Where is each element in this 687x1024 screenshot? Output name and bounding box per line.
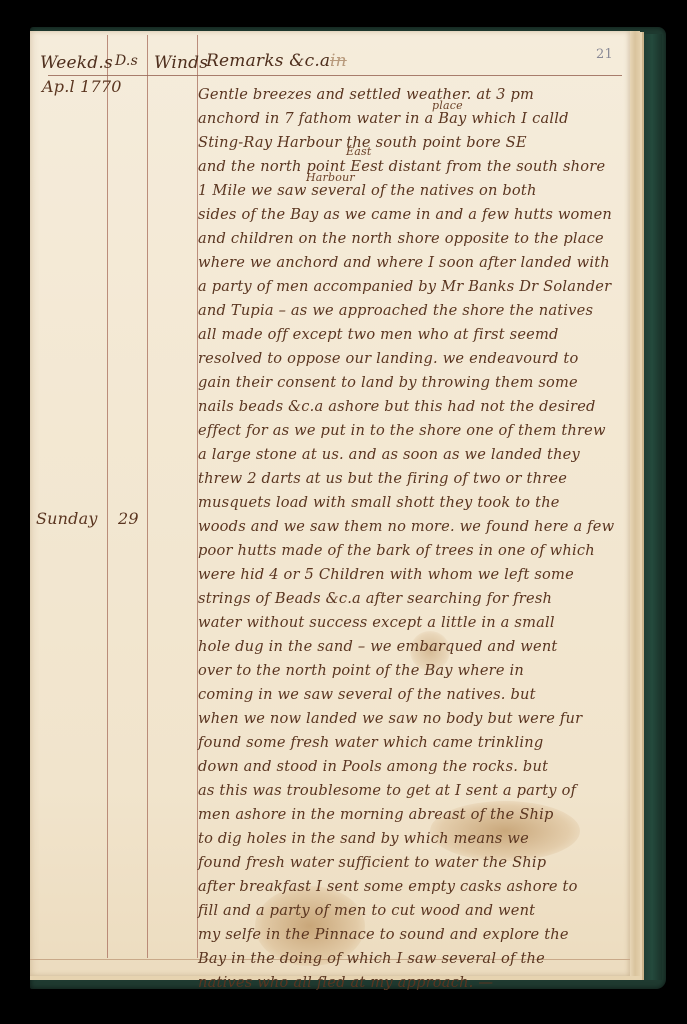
text-line: woods and we saw them no more. we found … [198, 518, 614, 535]
text-line: anchord in 7 fathom water in a Bay which… [198, 110, 569, 127]
header-remarks: Remarks &c.a [206, 51, 330, 71]
header-day: D.s [115, 53, 138, 69]
text-line: poor hutts made of the bark of trees in … [198, 542, 595, 559]
header-weekday: Weekd.s [40, 53, 113, 73]
page-number: 21 [596, 47, 613, 62]
text-line: over to the north point of the Bay where… [198, 662, 524, 679]
text-line: found fresh water sufficient to water th… [198, 854, 546, 871]
text-line: where we anchord and where I soon after … [198, 254, 610, 271]
text-line: threw 2 darts at us but the firing of tw… [198, 470, 567, 487]
text-line: a party of men accompanied by Mr Banks D… [198, 278, 611, 295]
text-line: 1 Mile we saw several of the natives on … [198, 182, 537, 199]
book-spine-edge [642, 34, 662, 980]
text-line: Gentle breezes and settled weather. at 3… [198, 86, 534, 103]
text-line: fill and a party of men to cut wood and … [198, 902, 535, 919]
text-line: as this was troublesome to get at I sent… [198, 782, 576, 799]
text-line: all made off except two men who at first… [198, 326, 559, 343]
text-line: to dig holes in the sand by which means … [198, 830, 529, 847]
column-rule-day [147, 35, 148, 958]
page-fold [630, 31, 640, 976]
text-line: found some fresh water which came trinkl… [198, 734, 543, 751]
text-line: when we now landed we saw no body but we… [198, 710, 582, 727]
text-line: after breakfast I sent some empty casks … [198, 878, 578, 895]
text-line: Bay in the doing of which I saw several … [198, 950, 545, 967]
text-line: a large stone at us. and as soon as we l… [198, 446, 580, 463]
text-line: resolved to oppose our landing. we endea… [198, 350, 578, 367]
margin-day-name: Sunday [36, 509, 98, 528]
text-line: strings of Beads &c.a after searching fo… [198, 590, 552, 607]
text-line: natives who all fled at my approach. — [198, 974, 493, 991]
text-line: coming in we saw several of the natives.… [198, 686, 536, 703]
text-line: Sting-Ray Harbour the south point bore S… [198, 134, 527, 151]
margin-day-number: 29 [118, 509, 139, 528]
header-winds: Winds [154, 53, 208, 73]
margin-month-year: Ap.l 1770 [42, 77, 122, 96]
text-line: and Tupia – as we approached the shore t… [198, 302, 593, 319]
text-line: musquets load with small shott they took… [198, 494, 560, 511]
text-line: were hid 4 or 5 Children with whom we le… [198, 566, 574, 583]
text-line: hole dug in the sand – we embarqued and … [198, 638, 558, 655]
header-remarks-suffix: in [330, 51, 347, 71]
text-line: gain their consent to land by throwing t… [198, 374, 578, 391]
column-rule-weekday [107, 35, 108, 958]
text-line: and the north point Eest distant from th… [198, 158, 605, 175]
text-line: and children on the north shore opposite… [198, 230, 604, 247]
text-line: sides of the Bay as we came in and a few… [198, 206, 612, 223]
text-line: water without success except a little in… [198, 614, 555, 631]
header-rule [48, 75, 622, 76]
text-line: men ashore in the morning abreast of the… [198, 806, 554, 823]
journal-page: 21 Weekd.s D.s Winds Remarks &c.a in Ap.… [30, 31, 630, 976]
text-line: effect for as we put in to the shore one… [198, 422, 606, 439]
text-line: my selfe in the Pinnace to sound and exp… [198, 926, 569, 943]
text-line: down and stood in Pools among the rocks.… [198, 758, 548, 775]
text-line: nails beads &c.a ashore but this had not… [198, 398, 596, 415]
